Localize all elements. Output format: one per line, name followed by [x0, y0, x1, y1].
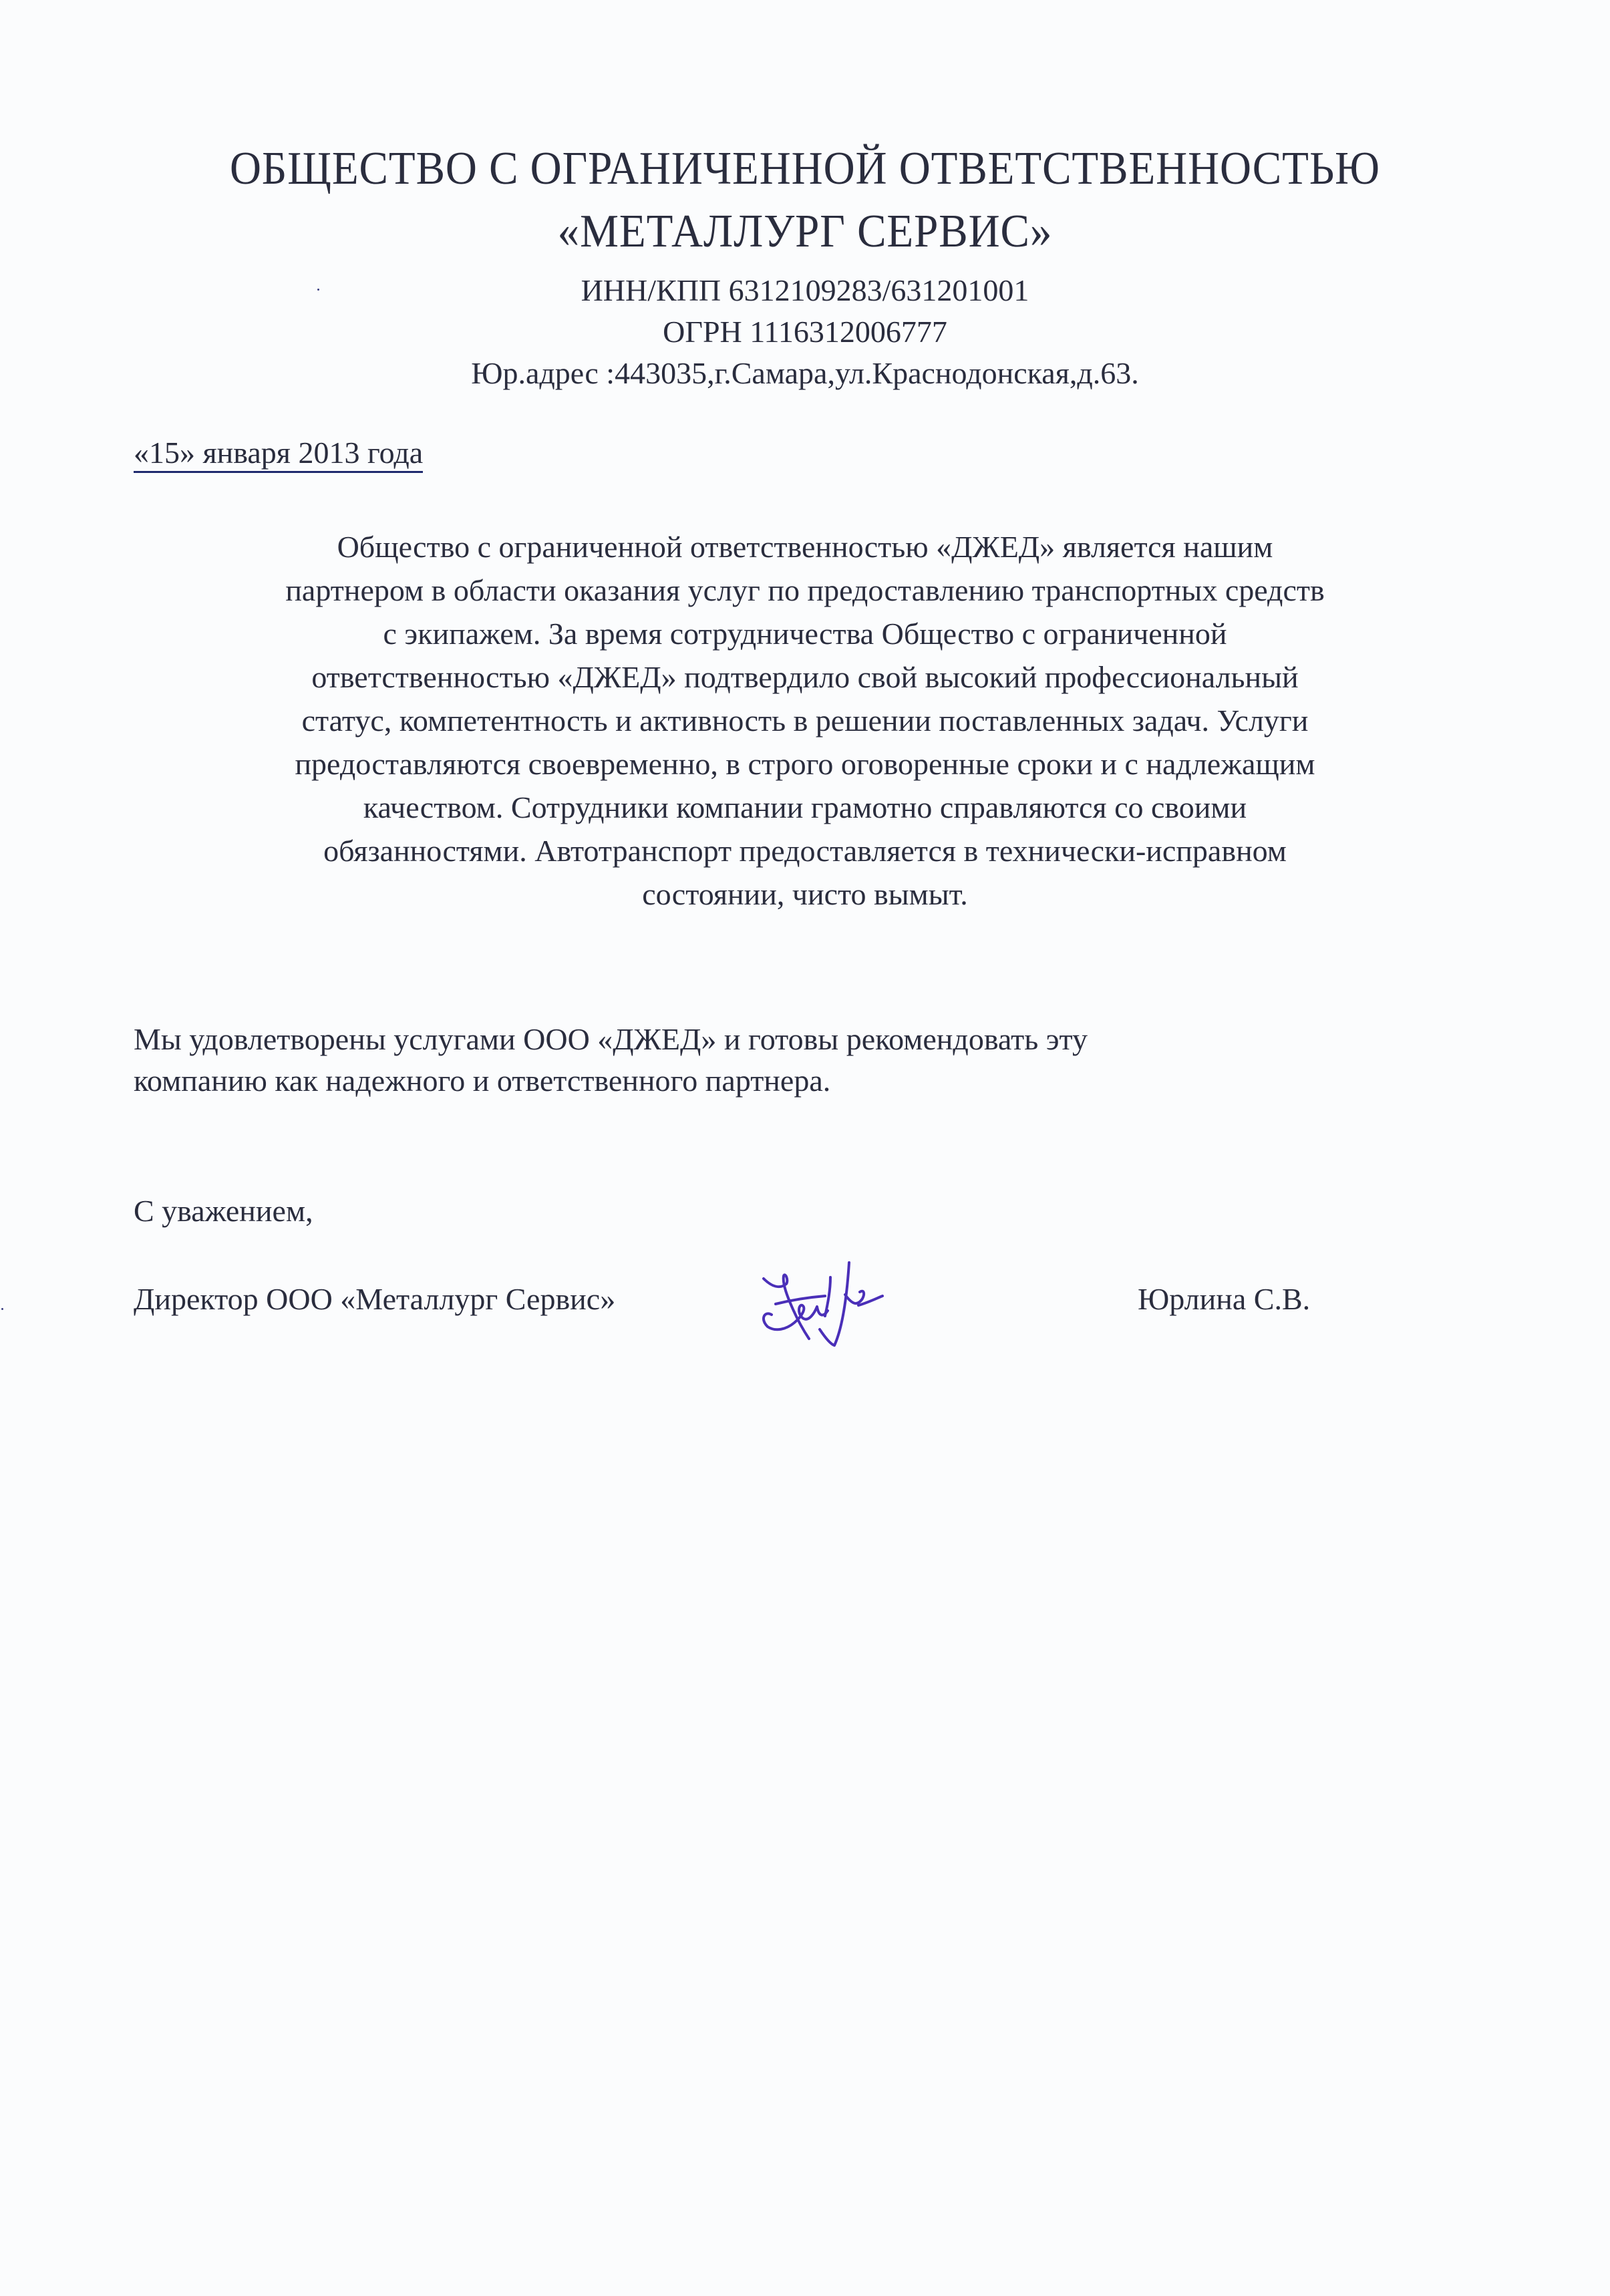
body-line: партнером в области оказания услуг по пр…: [0, 568, 1610, 612]
body-line: состоянии, чисто вымыт.: [0, 872, 1610, 916]
body-line: Общество с ограниченной ответственностью…: [0, 525, 1610, 568]
signature-icon: [745, 1257, 885, 1357]
closing-salutation: С уважением,: [134, 1196, 313, 1226]
signatory-title: Директор ООО «Металлург Сервис»: [134, 1284, 615, 1315]
letterhead-ogrn: ОГРН 1116312006777: [0, 317, 1610, 347]
letterhead-legal-address: Юр.адрес :443035,г.Самара,ул.Краснодонск…: [0, 358, 1610, 389]
letterhead-inn-kpp: ИНН/КПП 6312109283/631201001: [0, 275, 1610, 306]
recommendation-paragraph: Мы удовлетворены услугами ООО «ДЖЕД» и г…: [134, 1019, 1088, 1102]
body-line: обязанностями. Автотранспорт предоставля…: [0, 829, 1610, 872]
letterhead-title-line2: «МЕТАЛЛУРГ СЕРВИС»: [56, 208, 1553, 255]
recommendation-line: Мы удовлетворены услугами ООО «ДЖЕД» и г…: [134, 1019, 1088, 1060]
scan-speck: [317, 289, 319, 291]
signatory-name: Юрлина С.В.: [1138, 1284, 1310, 1315]
body-line: качеством. Сотрудники компании грамотно …: [0, 786, 1610, 829]
body-line: ответственностью «ДЖЕД» подтвердило свой…: [0, 655, 1610, 699]
scan-speck: [1, 1308, 3, 1310]
recommendation-line: компанию как надежного и ответственного …: [134, 1060, 1088, 1102]
body-line: с экипажем. За время сотрудничества Обще…: [0, 612, 1610, 655]
letter-body-paragraph: Общество с ограниченной ответственностью…: [0, 525, 1610, 916]
letter-page: ОБЩЕСТВО С ОГРАНИЧЕННОЙ ОТВЕТСТВЕННОСТЬЮ…: [0, 0, 1610, 2296]
body-line: статус, компетентность и активность в ре…: [0, 699, 1610, 742]
body-line: предоставляются своевременно, в строго о…: [0, 742, 1610, 786]
letterhead-title-line1: ОБЩЕСТВО С ОГРАНИЧЕННОЙ ОТВЕТСТВЕННОСТЬЮ: [56, 146, 1553, 192]
letter-date: «15» января 2013 года: [134, 438, 423, 473]
